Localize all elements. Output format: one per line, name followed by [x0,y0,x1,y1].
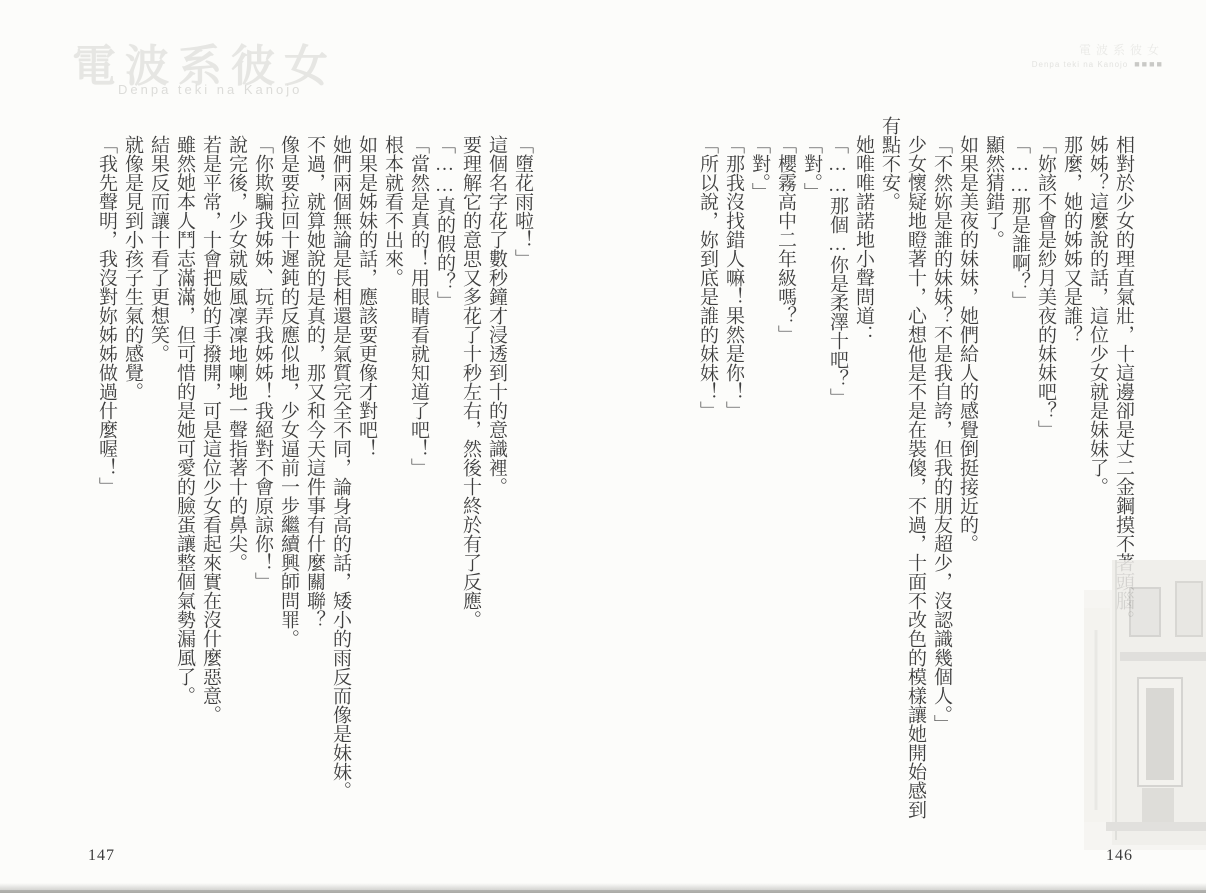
paragraph: 「……真的假的？」 [431,116,457,824]
paragraph: 如果是美夜的妹妹，她們給人的感覺倒挺接近的。 [954,116,980,824]
paragraph: 不過，就算她說的是真的，那又和今天這件事有什麼關聯？ [301,116,327,824]
paragraph: 「櫻霧高中二年級嗎？」 [772,116,798,824]
header-subtitle-row: Denpa teki na Kanojo■■■■ [1032,58,1164,71]
header-subtitle: Denpa teki na Kanojo [1032,60,1129,69]
paragraph: 她們兩個無論是長相還是氣質完全不同，論身高的話，矮小的雨反而像是妹妹。 [327,116,353,824]
page-number-left: 147 [88,847,115,865]
logo-subtitle: Denpa teki na Kanojo [118,82,302,97]
paragraph: 就像是見到小孩子生氣的感覺。 [119,116,145,824]
paragraph: 那麼，她的姊姊又是誰？ [1058,116,1084,824]
header-marks: ■■■■ [1134,59,1164,69]
paragraph: 這個名字花了數秒鐘才浸透到十的意識裡。 [483,116,509,824]
paragraph: 「當然是真的！用眼睛看就知道了吧！」 [405,116,431,824]
paragraph: 如果是姊妹的話，應該要更像才對吧！ [353,116,379,824]
paragraph: 像是要拉回十遲鈍的反應似地，少女逼前一步繼續興師問罪。 [275,116,301,824]
header-title: 電波系彼女 [1032,42,1164,58]
paragraph: 「……那是誰啊？」 [1006,116,1032,824]
paragraph: 結果反而讓十看了更想笑。 [145,116,171,824]
paragraph: 「我先聲明，我沒對妳姊姊做過什麼喔！」 [93,116,119,824]
paragraph: 「對。」 [746,116,772,824]
paragraph: 「……那個…你是柔澤十吧？」 [824,116,850,824]
paragraph: 「所以說，妳到底是誰的妹妹！」 [694,116,720,824]
running-header: 電波系彼女 Denpa teki na Kanojo■■■■ [1032,42,1164,71]
paragraph: 根本就看不出來。 [379,116,405,824]
paragraph: 「墮花雨啦！」 [509,116,535,824]
building-photo [1084,560,1206,872]
paragraph: 她唯唯諾諾地小聲問道： [850,116,876,824]
page-right: 相對於少女的理直氣壯，十這邊卻是丈二金鋼摸不著頭腦。 姊姊？這麼說的話，這位少女… [694,116,1136,824]
paragraph: 少女懷疑地瞪著十，心想他是不是在裝傻，不過，十面不改色的模樣讓她開始感到有點不安… [876,116,928,824]
paragraph: 若是平常，十會把她的手撥開，可是這位少女看起來實在沒什麼惡意。 [197,116,223,824]
paragraph: 「不然妳是誰的妹妹？不是我自誇，但我的朋友超少，沒認識幾個人。」 [928,116,954,824]
paragraph: 要理解它的意思又多花了十秒左右，然後十終於有了反應。 [457,116,483,824]
paragraph: 「妳該不會是紗月美夜的妹妹吧？」 [1032,116,1058,824]
page-left: 「墮花雨啦！」 這個名字花了數秒鐘才浸透到十的意識裡。 要理解它的意思又多花了十… [93,116,535,824]
paragraph: 顯然猜錯了。 [980,116,1006,824]
paragraph: 雖然她本人鬥志滿滿，但可惜的是她可愛的臉蛋讓整個氣勢漏風了。 [171,116,197,824]
paragraph: 「對。」 [798,116,824,824]
paragraph: 「你欺騙我姊姊、玩弄我姊姊！我絕對不會原諒你！」 [249,116,275,824]
paragraph: 說完後，少女就威風凜凜地喇地一聲指著十的鼻尖。 [223,116,249,824]
page-number-right: 146 [1106,847,1133,865]
paragraph: 「那我沒找錯人嘛！果然是你！」 [720,116,746,824]
